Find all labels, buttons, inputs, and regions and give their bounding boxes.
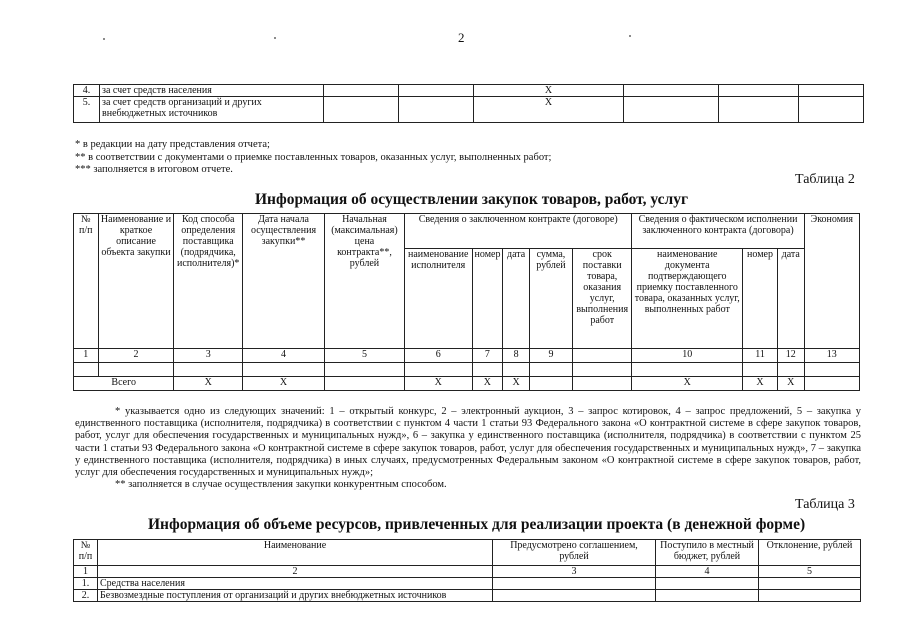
table-row: 1. Средства населения [74, 578, 861, 590]
table2-title: Информация об осуществлении закупок това… [255, 191, 688, 209]
column-numbers-row: 1 2 3 4 5 6 7 8 9 10 11 12 13 [74, 349, 860, 363]
table-row: 4. за счет средств населения X [74, 85, 864, 97]
footnotes: * в редакции на дату представления отчет… [75, 139, 551, 177]
table-row: 2. Безвозмездные поступления от организа… [74, 590, 861, 602]
page-number: 2 [458, 30, 465, 46]
total-row: Всего X X X X X X X X [74, 377, 860, 391]
table-row: 5. за счет средств организаций и других … [74, 97, 864, 123]
resources-table: № п/п Наименование Предусмотрено соглаше… [73, 539, 861, 602]
table2-notes: * указывается одно из следующих значений… [75, 406, 861, 491]
table2-label: Таблица 2 [795, 172, 855, 188]
table3-title: Информация об объеме ресурсов, привлечен… [148, 516, 805, 534]
procurement-table: № п/п Наименование и краткое описание об… [73, 213, 860, 391]
scan-speck [629, 35, 631, 37]
scan-speck [103, 38, 105, 40]
scan-speck [274, 37, 276, 39]
table3-label: Таблица 3 [795, 497, 855, 513]
table1-tail: 4. за счет средств населения X 5. за сче… [73, 84, 864, 123]
column-numbers-row: 1 2 3 4 5 [74, 566, 861, 578]
table-row [74, 363, 860, 377]
